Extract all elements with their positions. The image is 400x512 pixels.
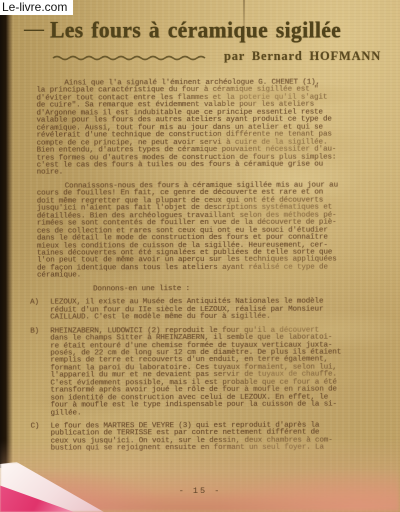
text-line: noire. [37,169,379,178]
page-number: - 15 - [0,486,400,496]
byline-row: par Bernard HOFMANN [52,49,382,63]
text-line: CAILLAUD. C'est le modèle même du four à… [50,314,379,323]
paragraph-2: Connaissons-nous des fours à céramique s… [37,182,379,280]
byline: par Bernard HOFMANN [224,49,381,63]
list-label-a: A) [30,300,39,307]
list-item-a-text: LEZOUX, il existe au Musée des Antiquité… [50,299,379,323]
list-label-c: C) [31,424,40,431]
text-line: four à moufle est le type indispensable … [50,402,379,411]
paragraph-1: Ainsi que l'a signalé l'éminent archéolo… [36,79,378,177]
list-item-c: C) Le four des MARTRES DE VEYRE (3) qui … [38,422,380,453]
list-item-c-text: Le four des MARTRES DE VEYRE (3) qui est… [51,422,380,453]
text-line: céramique. [37,272,379,281]
page-title: Les fours à céramique sigillée [50,16,341,44]
scanned-page: Le-livre.com — Les fours à céramique sig… [0,0,400,512]
list-item-b-text: RHEINZABERN, LUDOWICI (2) reproduit le f… [50,327,379,418]
title-dash: — [24,17,43,41]
list-item-b: B) RHEINZABERN, LUDOWICI (2) reproduit l… [37,327,379,418]
text-line: bustion qui se rejoignent ensuite en for… [51,445,380,454]
list-intro: Donnons-en une liste : [37,285,379,294]
squiggle-underline-icon [52,54,210,62]
body-text: Ainsi que l'a signalé l'éminent archéolo… [36,79,379,459]
list-label-b: B) [30,328,39,335]
text-line: gillée. [50,409,379,418]
page-header: — Les fours à céramique sigillée [24,17,390,43]
watermark: Le-livre.com [0,0,73,15]
scan-edge-shadow [0,0,13,468]
list-item-a: A) LEZOUX, il existe au Musée des Antiqu… [37,299,379,323]
